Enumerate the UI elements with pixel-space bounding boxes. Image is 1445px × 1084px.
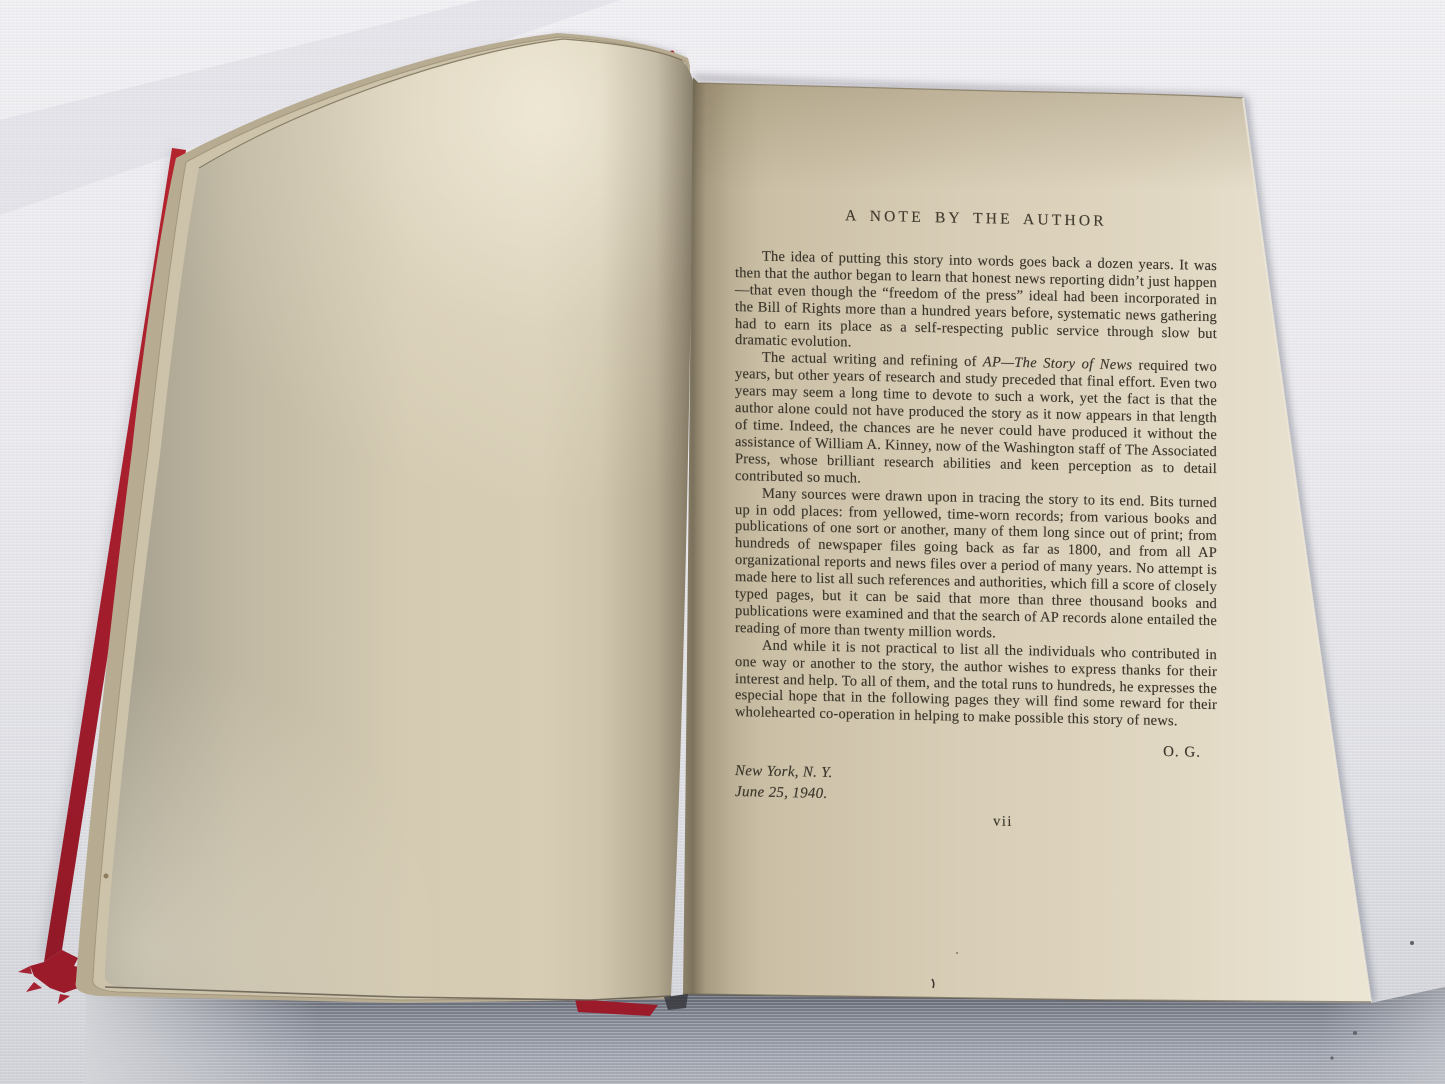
paragraph: The actual writing and refining of AP—Th…	[735, 349, 1217, 494]
dust-speck-1	[1410, 941, 1414, 945]
page-stain-speck	[104, 874, 109, 879]
book-photo-art	[0, 0, 1445, 1084]
dust-speck-2	[1353, 1031, 1357, 1035]
book-photo: A NOTE BY THE AUTHOR The idea of putting…	[0, 0, 1445, 1084]
page-speck-small	[956, 952, 958, 954]
address-block: New York, N. Y. June 25, 1940.	[735, 761, 1217, 813]
note-paragraphs: The idea of putting this story into word…	[735, 248, 1217, 731]
paragraph: The idea of putting this story into word…	[735, 248, 1217, 360]
author-initials: O. G.	[735, 735, 1217, 762]
paragraph: And while it is not practical to list al…	[735, 637, 1217, 732]
dust-speck-3	[1330, 1056, 1333, 1059]
right-page-text: A NOTE BY THE AUTHOR The idea of putting…	[735, 206, 1217, 835]
paragraph: Many sources were drawn upon in tracing …	[735, 485, 1217, 647]
